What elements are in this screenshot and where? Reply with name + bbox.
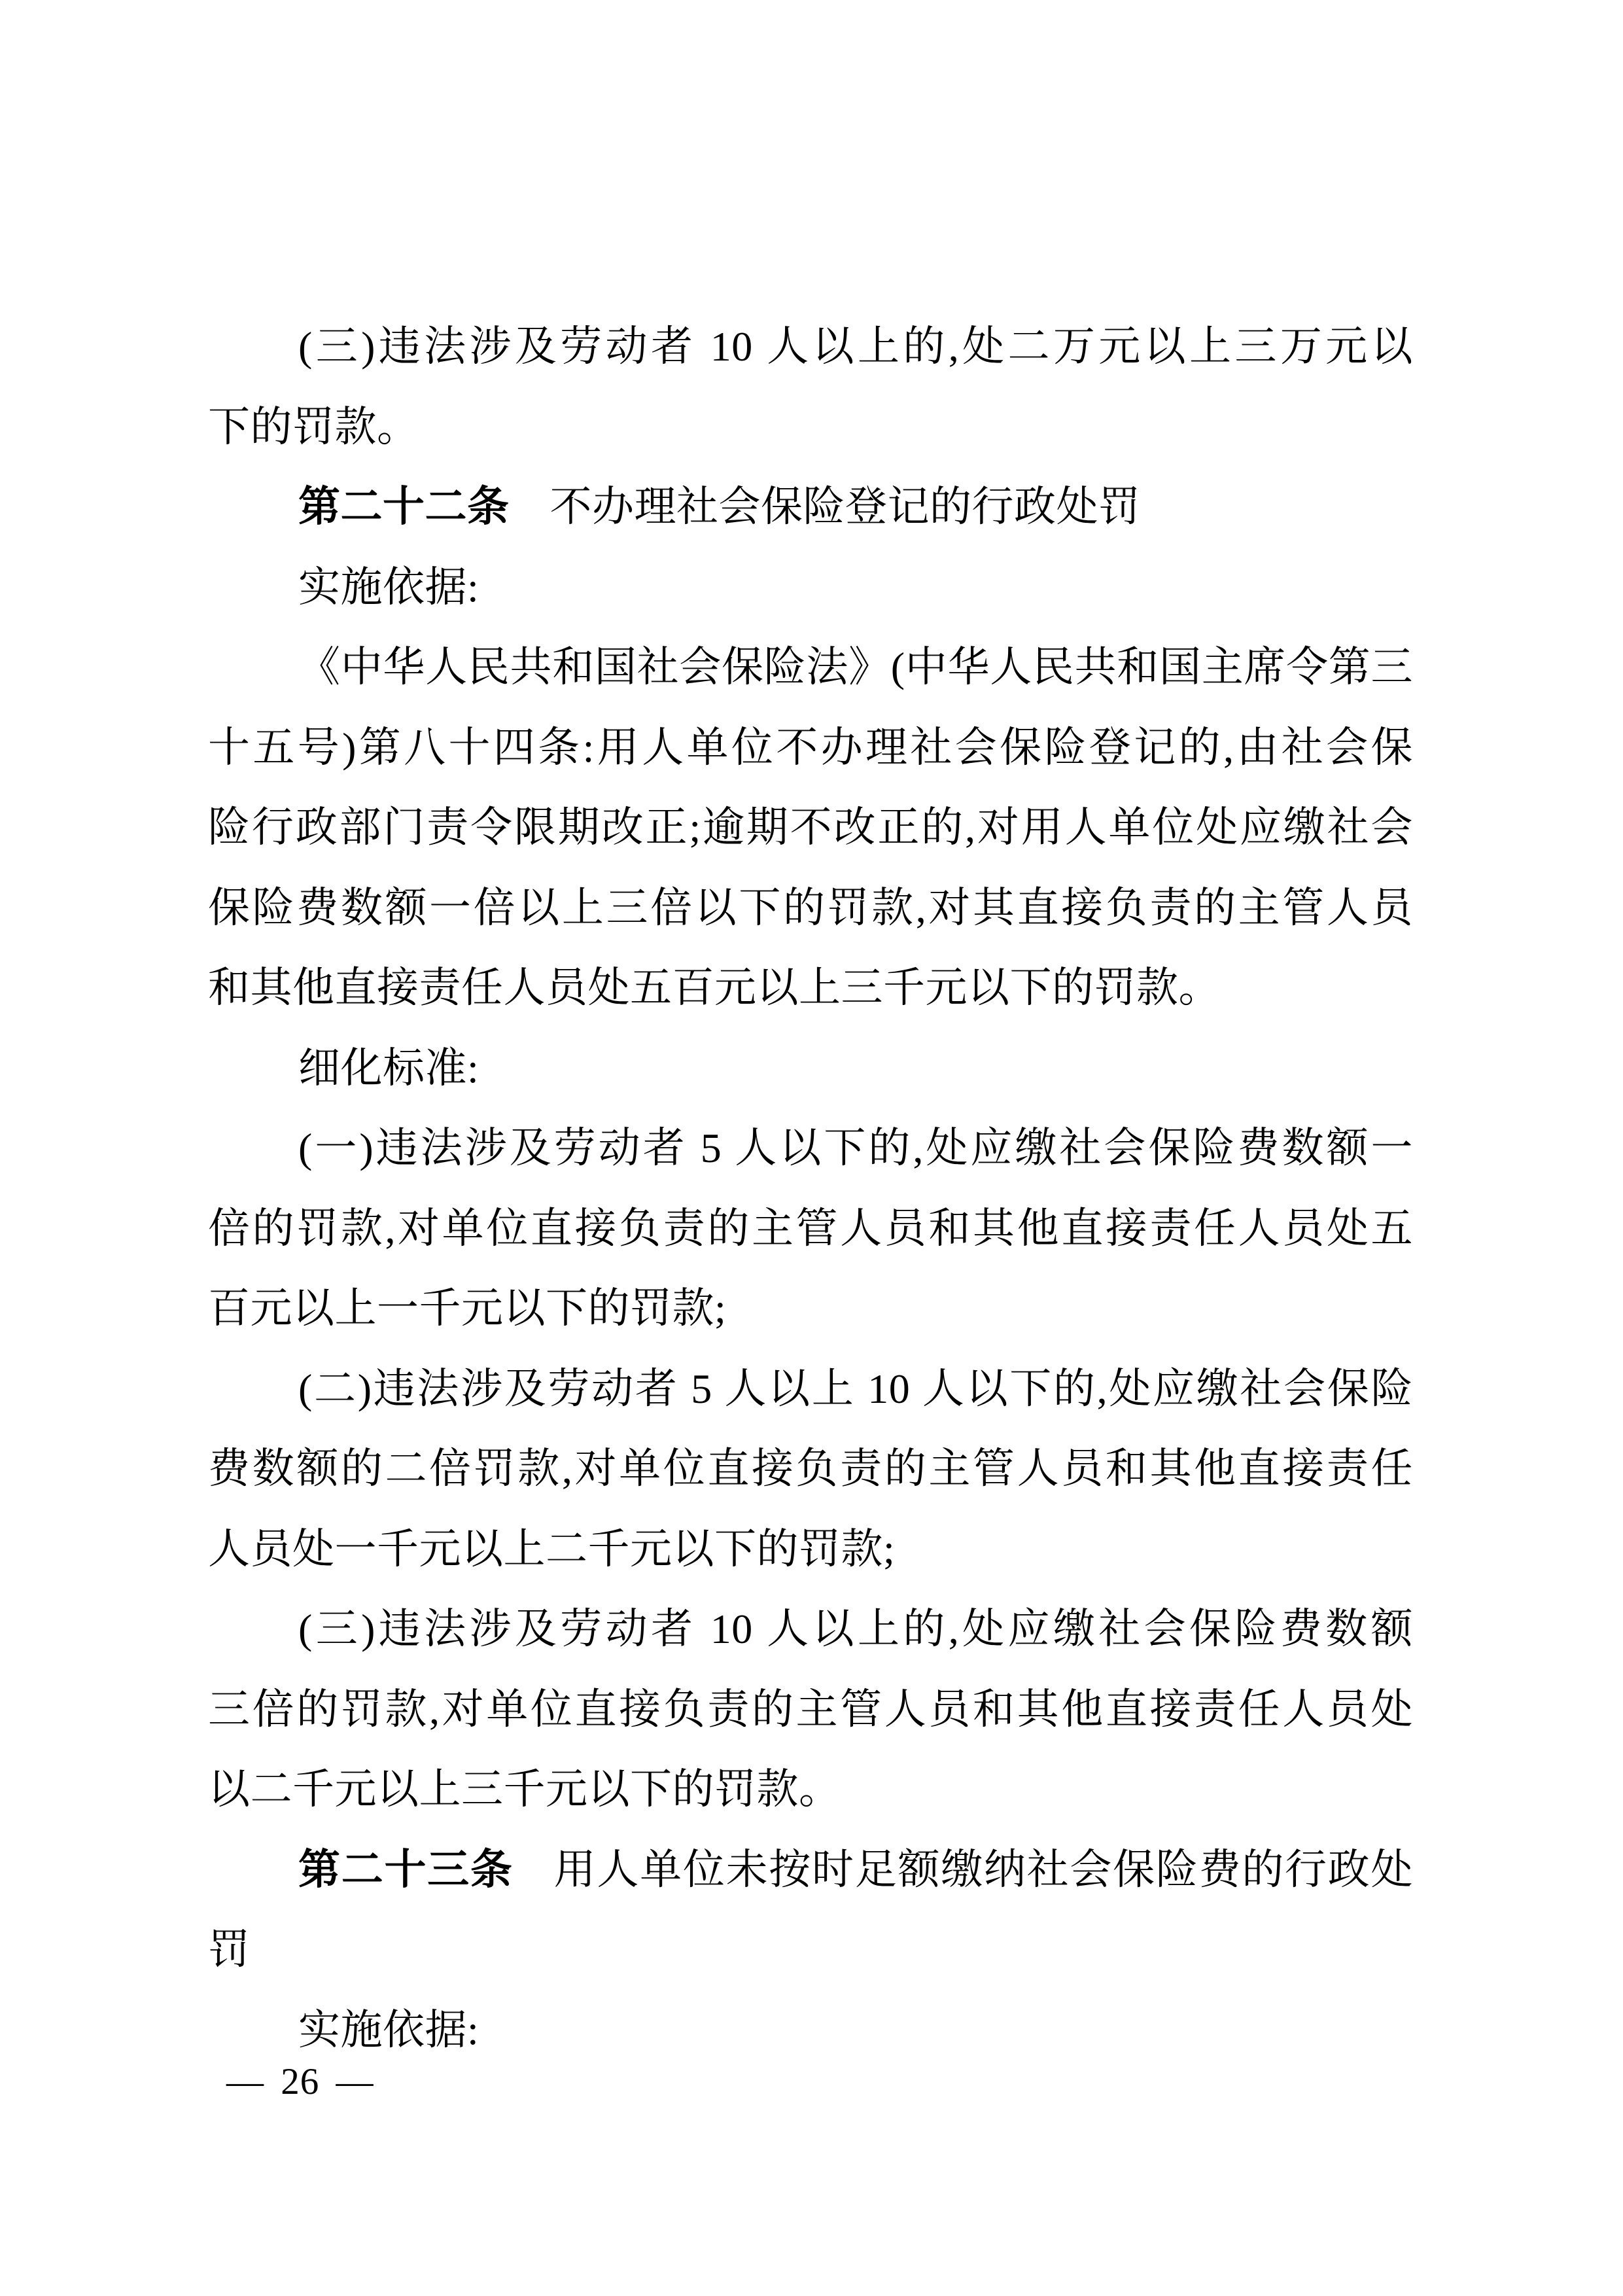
text-line: (三)违法涉及劳动者 10 人以上的,处二万元以上三万元以 [208, 307, 1413, 387]
text-line: 和其他直接责任人员处五百元以上三千元以下的罚款。 [208, 948, 1413, 1029]
text-line: 罚 [208, 1910, 1413, 1990]
text-line: 实施依据: [208, 1990, 1413, 2071]
article-number: 第二十二条 [298, 484, 510, 530]
text-line: 以二千元以上三千元以下的罚款。 [208, 1750, 1413, 1830]
text-line: (二)违法涉及劳动者 5 人以上 10 人以下的,处应缴社会保险 [208, 1349, 1413, 1430]
article-23-heading: 第二十三条用人单位未按时足额缴纳社会保险费的行政处 [208, 1830, 1413, 1911]
text-line: 实施依据: [208, 548, 1413, 628]
text-line: (三)违法涉及劳动者 10 人以上的,处应缴社会保险费数额 [208, 1589, 1413, 1670]
text-line: 十五号)第八十四条:用人单位不办理社会保险登记的,由社会保 [208, 708, 1413, 788]
text-line: (一)违法涉及劳动者 5 人以下的,处应缴社会保险费数额一 [208, 1108, 1413, 1189]
text-line: 细化标准: [208, 1029, 1413, 1109]
text-line: 倍的罚款,对单位直接负责的主管人员和其他直接责任人员处五 [208, 1189, 1413, 1269]
text-line: 《中华人民共和国社会保险法》(中华人民共和国主席令第三 [208, 627, 1413, 708]
document-page: (三)违法涉及劳动者 10 人以上的,处二万元以上三万元以 下的罚款。 第二十二… [0, 0, 1623, 2296]
text-line: 保险费数额一倍以上三倍以下的罚款,对其直接负责的主管人员 [208, 868, 1413, 949]
text-line: 下的罚款。 [208, 387, 1413, 468]
text-line: 费数额的二倍罚款,对单位直接负责的主管人员和其他直接责任 [208, 1429, 1413, 1510]
body-text: (三)违法涉及劳动者 10 人以上的,处二万元以上三万元以 下的罚款。 第二十二… [208, 307, 1413, 2070]
article-22-heading: 第二十二条不办理社会保险登记的行政处罚 [208, 467, 1413, 548]
text-line: 三倍的罚款,对单位直接负责的主管人员和其他直接责任人员处 [208, 1670, 1413, 1750]
page-number: — 26 — [226, 2061, 374, 2103]
article-title: 用人单位未按时足额缴纳社会保险费的行政处 [554, 1846, 1413, 1893]
article-number: 第二十三条 [298, 1846, 514, 1893]
text-line: 险行政部门责令限期改正;逾期不改正的,对用人单位处应缴社会 [208, 788, 1413, 868]
article-title: 不办理社会保险登记的行政处罚 [550, 484, 1141, 530]
text-line: 人员处一千元以上二千元以下的罚款; [208, 1510, 1413, 1590]
text-line: 百元以上一千元以下的罚款; [208, 1269, 1413, 1349]
